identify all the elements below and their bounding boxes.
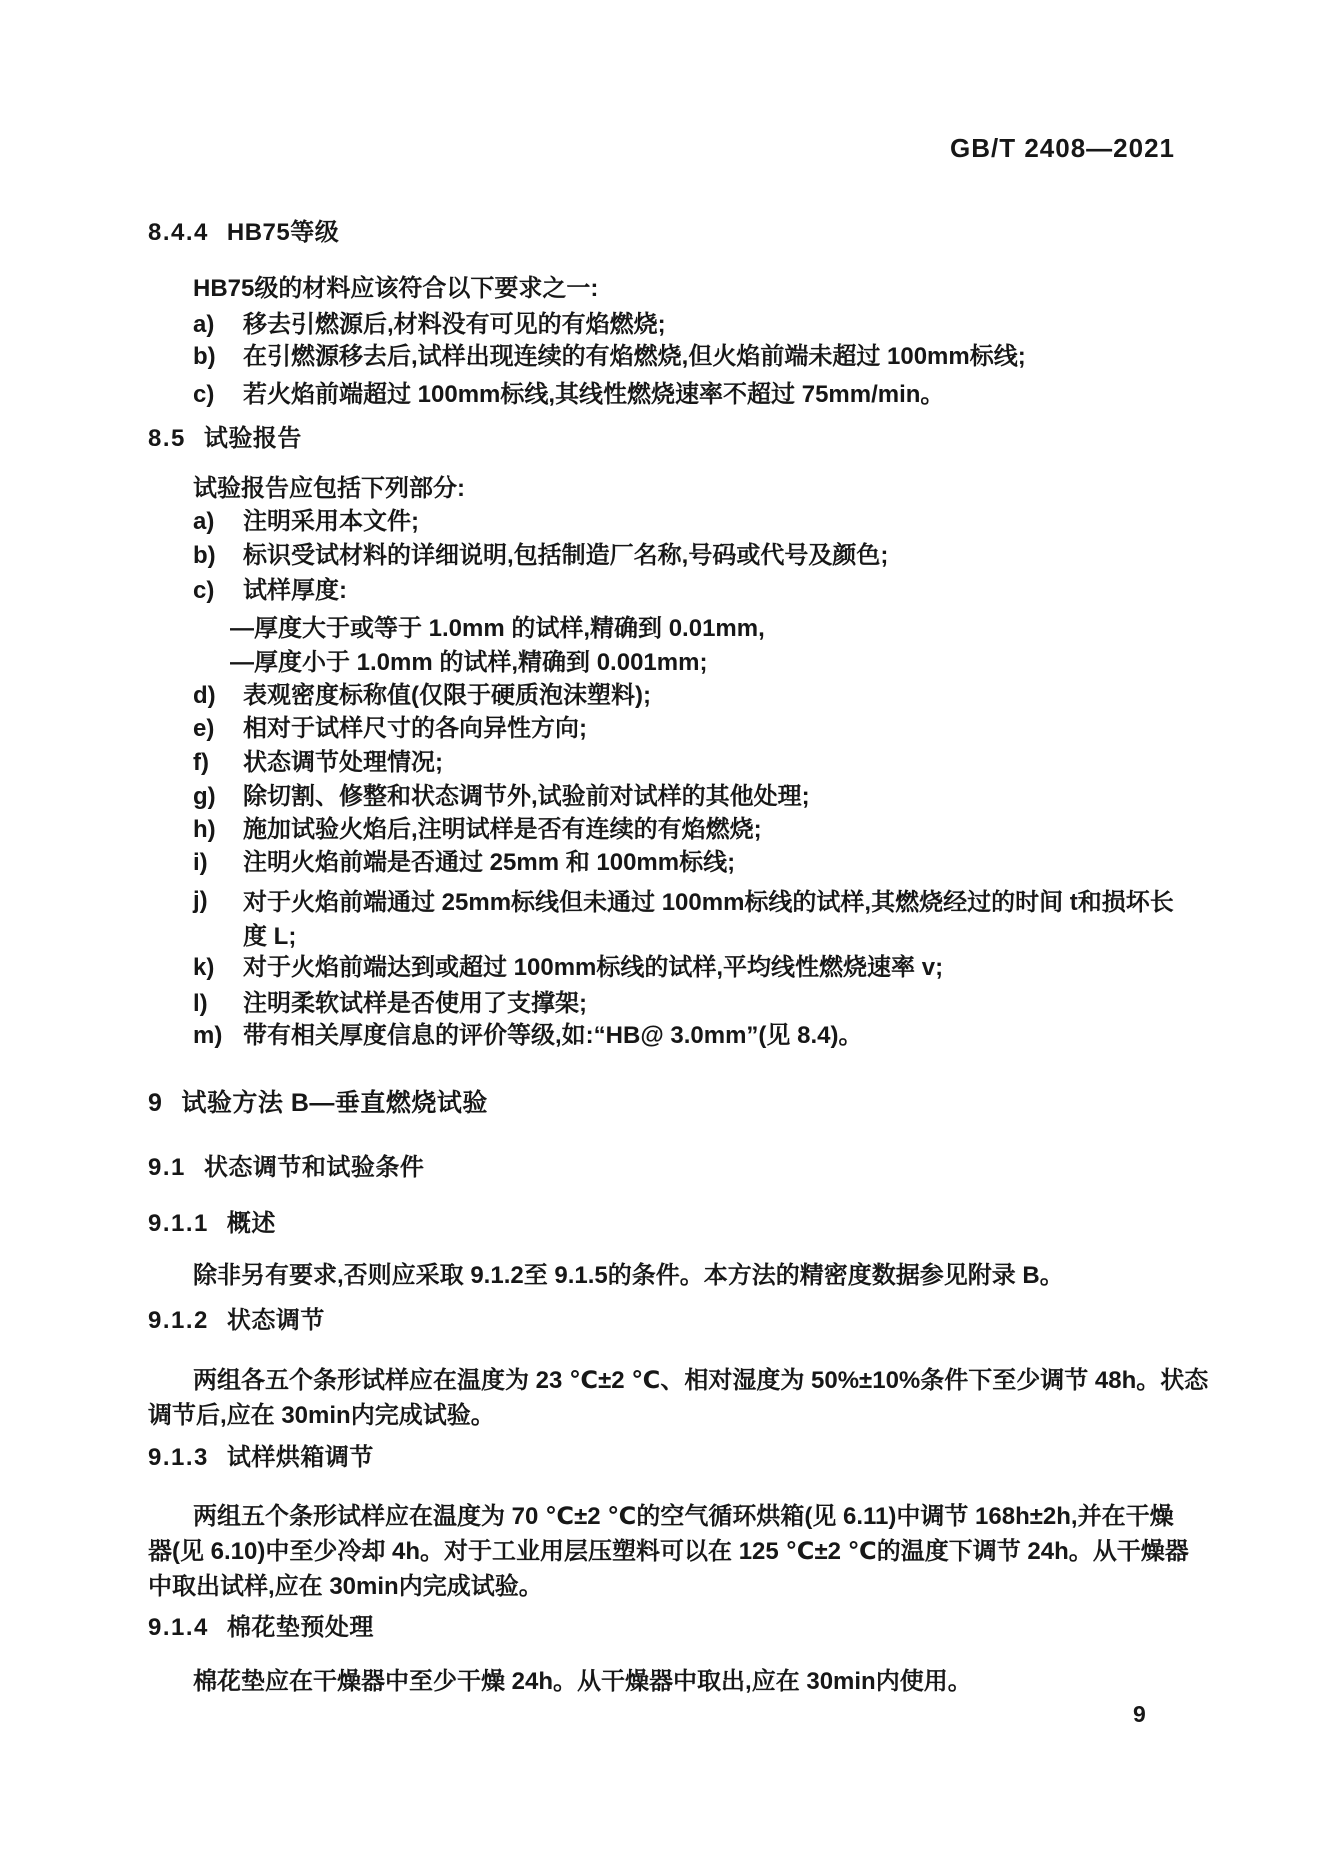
paragraph-line: 器(见 6.10)中至少冷却 4h。对于工业用层压塑料可以在 125 ℃±2 ℃… xyxy=(148,1537,1189,1567)
list-item: f) 状态调节处理情况; xyxy=(193,748,443,778)
section-title: 试样烘箱调节 xyxy=(227,1443,374,1473)
paragraph: 棉花垫应在干燥器中至少干燥 24h。从干燥器中取出,应在 30min内使用。 xyxy=(193,1667,972,1697)
page-number: 9 xyxy=(1133,1701,1146,1728)
list-item-label: b) xyxy=(193,541,243,571)
section-heading-9-1-1: 9.1.1 概述 xyxy=(148,1209,276,1239)
list-item-label: m) xyxy=(193,1021,243,1051)
list-item: b) 标识受试材料的详细说明,包括制造厂名称,号码或代号及颜色; xyxy=(193,541,888,571)
list-item-line: 度 L; xyxy=(243,920,1174,954)
list-item: m) 带有相关厚度信息的评价等级,如:“HB@ 3.0mm”(见 8.4)。 xyxy=(193,1021,862,1051)
list-item: j) 对于火焰前端通过 25mm标线但未通过 100mm标线的试样,其燃烧经过的… xyxy=(193,886,1174,954)
list-item: e) 相对于试样尺寸的各向异性方向; xyxy=(193,714,587,744)
paragraph: 除非另有要求,否则应采取 9.1.2至 9.1.5的条件。本方法的精密度数据参见… xyxy=(193,1261,1064,1291)
section-title: 状态调节和试验条件 xyxy=(204,1153,425,1183)
list-item-label: b) xyxy=(193,342,243,372)
document-page: GB/T 2408—2021 8.4.4 HB75等级 HB75级的材料应该符合… xyxy=(0,0,1323,1871)
list-item-label: f) xyxy=(193,748,243,778)
section-heading-9-1-3: 9.1.3 试样烘箱调节 xyxy=(148,1443,374,1473)
list-item-label: g) xyxy=(193,782,243,812)
list-item-text: 对于火焰前端达到或超过 100mm标线的试样,平均线性燃烧速率 v; xyxy=(243,953,943,983)
section-heading-8-5: 8.5 试验报告 xyxy=(148,424,302,454)
list-item: c) 试样厚度: xyxy=(193,576,347,606)
dash-note: —厚度大于或等于 1.0mm 的试样,精确到 0.01mm, xyxy=(230,614,765,644)
section-heading-9: 9 试验方法 B—垂直燃烧试验 xyxy=(148,1088,488,1118)
list-item-text: 注明采用本文件; xyxy=(243,507,419,537)
paragraph-line: 调节后,应在 30min内完成试验。 xyxy=(148,1401,495,1431)
list-item-label: h) xyxy=(193,815,243,845)
paragraph: HB75级的材料应该符合以下要求之一: xyxy=(193,274,598,304)
section-number: 9.1 xyxy=(148,1153,186,1183)
section-number: 9 xyxy=(148,1088,163,1118)
list-item-text: 标识受试材料的详细说明,包括制造厂名称,号码或代号及颜色; xyxy=(243,541,888,571)
doc-number: GB/T 2408—2021 xyxy=(950,133,1175,164)
list-item-text: 移去引燃源后,材料没有可见的有焰燃烧; xyxy=(243,310,666,340)
section-title: 概述 xyxy=(227,1209,276,1239)
section-heading-9-1-4: 9.1.4 棉花垫预处理 xyxy=(148,1613,374,1643)
section-title: HB75等级 xyxy=(227,218,339,248)
list-item: a) 移去引燃源后,材料没有可见的有焰燃烧; xyxy=(193,310,666,340)
list-item-text: 施加试验火焰后,注明试样是否有连续的有焰燃烧; xyxy=(243,815,762,845)
list-item-label: d) xyxy=(193,681,243,711)
list-item-text: 状态调节处理情况; xyxy=(243,748,443,778)
list-item: c) 若火焰前端超过 100mm标线,其线性燃烧速率不超过 75mm/min。 xyxy=(193,380,944,410)
list-item: b) 在引燃源移去后,试样出现连续的有焰燃烧,但火焰前端未超过 100mm标线; xyxy=(193,342,1026,372)
paragraph: 试验报告应包括下列部分: xyxy=(193,474,465,504)
list-item-label: c) xyxy=(193,576,243,606)
list-item-label: k) xyxy=(193,953,243,983)
list-item-text: 注明火焰前端是否通过 25mm 和 100mm标线; xyxy=(243,848,735,878)
list-item-label: a) xyxy=(193,507,243,537)
list-item: d) 表观密度标称值(仅限于硬质泡沫塑料); xyxy=(193,681,651,711)
list-item-text: 在引燃源移去后,试样出现连续的有焰燃烧,但火焰前端未超过 100mm标线; xyxy=(243,342,1026,372)
section-heading-8-4-4: 8.4.4 HB75等级 xyxy=(148,218,339,248)
list-item-text: 若火焰前端超过 100mm标线,其线性燃烧速率不超过 75mm/min。 xyxy=(243,380,944,410)
list-item-label: e) xyxy=(193,714,243,744)
paragraph-line: 中取出试样,应在 30min内完成试验。 xyxy=(148,1572,543,1602)
section-title: 试验报告 xyxy=(204,424,302,454)
section-title: 试验方法 B—垂直燃烧试验 xyxy=(181,1088,488,1118)
list-item: i) 注明火焰前端是否通过 25mm 和 100mm标线; xyxy=(193,848,735,878)
list-item: k) 对于火焰前端达到或超过 100mm标线的试样,平均线性燃烧速率 v; xyxy=(193,953,943,983)
section-heading-9-1-2: 9.1.2 状态调节 xyxy=(148,1306,325,1336)
list-item-label: l) xyxy=(193,989,243,1019)
section-title: 棉花垫预处理 xyxy=(227,1613,374,1643)
section-number: 9.1.1 xyxy=(148,1209,209,1239)
paragraph-line: 两组五个条形试样应在温度为 70 ℃±2 ℃的空气循环烘箱(见 6.11)中调节… xyxy=(193,1502,1174,1532)
list-item: l) 注明柔软试样是否使用了支撑架; xyxy=(193,989,587,1019)
list-item-label: a) xyxy=(193,310,243,340)
list-item-text: 表观密度标称值(仅限于硬质泡沫塑料); xyxy=(243,681,651,711)
section-number: 8.5 xyxy=(148,424,186,454)
paragraph-line: 两组各五个条形试样应在温度为 23 ℃±2 ℃、相对湿度为 50%±10%条件下… xyxy=(193,1366,1208,1396)
list-item-text: 除切割、修整和状态调节外,试验前对试样的其他处理; xyxy=(243,782,810,812)
list-item-label: i) xyxy=(193,848,243,878)
list-item-label: c) xyxy=(193,380,243,410)
list-item-text: 注明柔软试样是否使用了支撑架; xyxy=(243,989,587,1019)
list-item-label: j) xyxy=(193,886,243,954)
list-item-text: 试样厚度: xyxy=(243,576,347,606)
list-item-text: 对于火焰前端通过 25mm标线但未通过 100mm标线的试样,其燃烧经过的时间 … xyxy=(243,886,1174,954)
list-item-line: 对于火焰前端通过 25mm标线但未通过 100mm标线的试样,其燃烧经过的时间 … xyxy=(243,886,1174,920)
section-heading-9-1: 9.1 状态调节和试验条件 xyxy=(148,1153,424,1183)
list-item-text: 相对于试样尺寸的各向异性方向; xyxy=(243,714,587,744)
list-item-text: 带有相关厚度信息的评价等级,如:“HB@ 3.0mm”(见 8.4)。 xyxy=(243,1021,862,1051)
section-number: 9.1.4 xyxy=(148,1613,209,1643)
section-number: 8.4.4 xyxy=(148,218,209,248)
list-item: a) 注明采用本文件; xyxy=(193,507,419,537)
section-title: 状态调节 xyxy=(227,1306,325,1336)
dash-note: —厚度小于 1.0mm 的试样,精确到 0.001mm; xyxy=(230,648,707,678)
section-number: 9.1.2 xyxy=(148,1306,209,1336)
section-number: 9.1.3 xyxy=(148,1443,209,1473)
list-item: g) 除切割、修整和状态调节外,试验前对试样的其他处理; xyxy=(193,782,810,812)
list-item: h) 施加试验火焰后,注明试样是否有连续的有焰燃烧; xyxy=(193,815,762,845)
